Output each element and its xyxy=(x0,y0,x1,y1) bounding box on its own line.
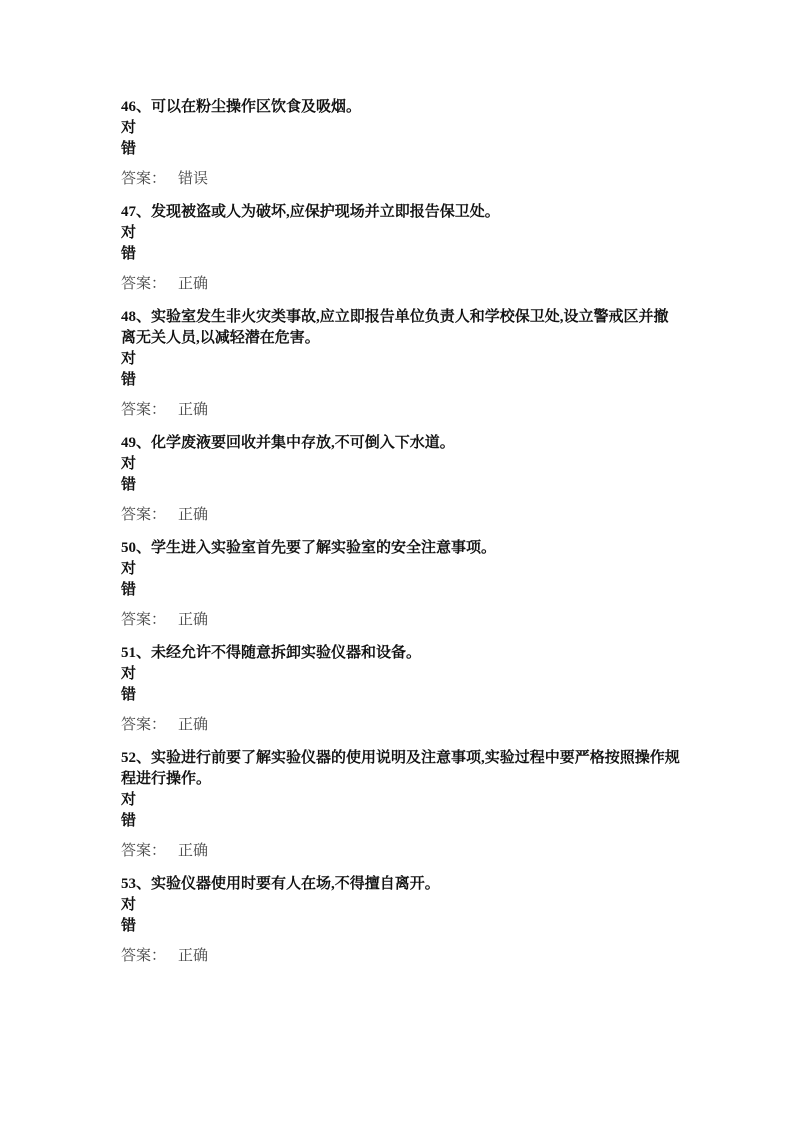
question-53: 53、实验仪器使用时要有人在场,不得擅自离开。 对 错 答案：正确 xyxy=(121,874,681,967)
answer-line: 答案：正确 xyxy=(121,946,681,967)
answer-line: 答案：正确 xyxy=(121,400,681,421)
answer-value: 正确 xyxy=(178,507,208,523)
option-true: 对 xyxy=(121,454,681,475)
question-text: 51、未经允许不得随意拆卸实验仪器和设备。 xyxy=(121,643,681,664)
question-text: 50、学生进入实验室首先要了解实验室的安全注意事项。 xyxy=(121,538,681,559)
answer-value: 正确 xyxy=(178,612,208,628)
answer-label: 答案： xyxy=(121,400,178,421)
answer-line: 答案：正确 xyxy=(121,610,681,631)
answer-value: 正确 xyxy=(178,843,208,859)
question-50: 50、学生进入实验室首先要了解实验室的安全注意事项。 对 错 答案：正确 xyxy=(121,538,681,631)
answer-value: 正确 xyxy=(178,948,208,964)
answer-line: 答案：正确 xyxy=(121,505,681,526)
answer-label: 答案： xyxy=(121,505,178,526)
document-page: 46、可以在粉尘操作区饮食及吸烟。 对 错 答案：错误 47、发现被盗或人为破坏… xyxy=(121,97,681,979)
answer-value: 正确 xyxy=(178,276,208,292)
answer-label: 答案： xyxy=(121,841,178,862)
answer-line: 答案：错误 xyxy=(121,169,681,190)
answer-line: 答案：正确 xyxy=(121,715,681,736)
answer-label: 答案： xyxy=(121,610,178,631)
question-47: 47、发现被盗或人为破坏,应保护现场并立即报告保卫处。 对 错 答案：正确 xyxy=(121,202,681,295)
answer-line: 答案：正确 xyxy=(121,841,681,862)
question-text: 49、化学废液要回收并集中存放,不可倒入下水道。 xyxy=(121,433,681,454)
option-true: 对 xyxy=(121,664,681,685)
option-false: 错 xyxy=(121,916,681,937)
answer-value: 正确 xyxy=(178,717,208,733)
option-true: 对 xyxy=(121,790,681,811)
question-text: 53、实验仪器使用时要有人在场,不得擅自离开。 xyxy=(121,874,681,895)
option-true: 对 xyxy=(121,349,681,370)
question-46: 46、可以在粉尘操作区饮食及吸烟。 对 错 答案：错误 xyxy=(121,97,681,190)
option-false: 错 xyxy=(121,244,681,265)
answer-label: 答案： xyxy=(121,274,178,295)
option-true: 对 xyxy=(121,559,681,580)
question-text: 48、实验室发生非火灾类事故,应立即报告单位负责人和学校保卫处,设立警戒区并撤离… xyxy=(121,307,681,349)
answer-value: 正确 xyxy=(178,402,208,418)
option-false: 错 xyxy=(121,370,681,391)
option-true: 对 xyxy=(121,118,681,139)
question-text: 47、发现被盗或人为破坏,应保护现场并立即报告保卫处。 xyxy=(121,202,681,223)
question-text: 52、实验进行前要了解实验仪器的使用说明及注意事项,实验过程中要严格按照操作规程… xyxy=(121,748,681,790)
answer-value: 错误 xyxy=(178,171,208,187)
answer-label: 答案： xyxy=(121,169,178,190)
option-true: 对 xyxy=(121,223,681,244)
question-49: 49、化学废液要回收并集中存放,不可倒入下水道。 对 错 答案：正确 xyxy=(121,433,681,526)
question-text: 46、可以在粉尘操作区饮食及吸烟。 xyxy=(121,97,681,118)
option-true: 对 xyxy=(121,895,681,916)
question-51: 51、未经允许不得随意拆卸实验仪器和设备。 对 错 答案：正确 xyxy=(121,643,681,736)
option-false: 错 xyxy=(121,139,681,160)
answer-label: 答案： xyxy=(121,946,178,967)
question-48: 48、实验室发生非火灾类事故,应立即报告单位负责人和学校保卫处,设立警戒区并撤离… xyxy=(121,307,681,421)
answer-label: 答案： xyxy=(121,715,178,736)
option-false: 错 xyxy=(121,811,681,832)
option-false: 错 xyxy=(121,685,681,706)
option-false: 错 xyxy=(121,475,681,496)
answer-line: 答案：正确 xyxy=(121,274,681,295)
question-52: 52、实验进行前要了解实验仪器的使用说明及注意事项,实验过程中要严格按照操作规程… xyxy=(121,748,681,862)
option-false: 错 xyxy=(121,580,681,601)
